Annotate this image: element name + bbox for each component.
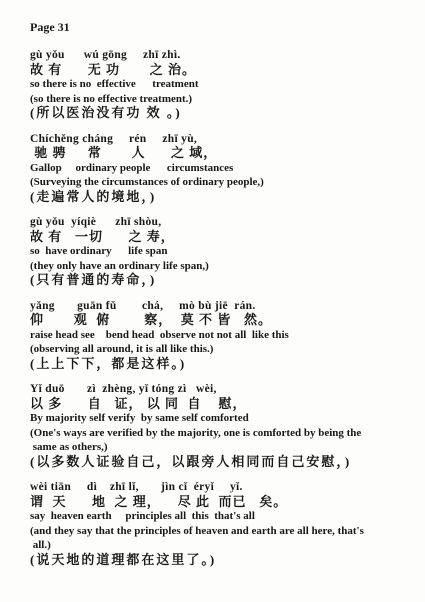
gloss-line: say heaven earth principles all this tha… bbox=[30, 509, 417, 524]
translation-en-cont-line: same as others,) bbox=[30, 440, 417, 455]
translation-en-line: (Surveying the circumstances of ordinary… bbox=[30, 175, 417, 190]
pinyin-line: gù yǒu wú gōng zhī zhì. bbox=[30, 48, 417, 63]
hanzi-line: 故 有 一切 之 寿， bbox=[30, 230, 417, 245]
translation-zh-line: (说天地的道理都在这里了。) bbox=[30, 553, 417, 568]
pinyin-line: gù yǒu yíqiè zhī shòu, bbox=[30, 215, 417, 230]
gloss-line: so there is no effective treatment bbox=[30, 77, 417, 92]
hanzi-line: 谓 天 地 之 理， 尽 此 而已 矣。 bbox=[30, 495, 417, 510]
pinyin-line: wèi tiān dì zhī lǐ, jìn cǐ éryǐ yǐ. bbox=[30, 480, 417, 495]
translation-zh-line: (以多数人证验自己，以跟旁人相同而自己安慰，) bbox=[30, 455, 417, 470]
translation-en-line: (they only have an ordinary life span,) bbox=[30, 259, 417, 274]
hanzi-line: 故 有 无 功 之 治。 bbox=[30, 63, 417, 78]
hanzi-line: 仰 观 俯 察， 莫 不 皆 然。 bbox=[30, 313, 417, 328]
translation-zh-line: (走遍常人的境地，) bbox=[30, 190, 417, 205]
translation-en-line: (observing all around, it is all like th… bbox=[30, 342, 417, 357]
translation-en-line: (so there is no effective treatment.) bbox=[30, 92, 417, 107]
pinyin-line: Yǐ duō zì zhèng, yǐ tóng zì wèi, bbox=[30, 382, 417, 397]
verse-block-4: yǎng guān fǔ chá, mò bù jiē rán. 仰 观 俯 察… bbox=[30, 299, 417, 372]
gloss-line: Gallop ordinary people circumstances bbox=[30, 161, 417, 176]
translation-en-cont-line: all.) bbox=[30, 538, 417, 553]
verse-block-2: Chíchěng cháng rén zhī yù, 驰 骋 常 人 之 域， … bbox=[30, 132, 417, 205]
translation-zh-line: (上上下下，都是这样。) bbox=[30, 357, 417, 372]
verse-block-6: wèi tiān dì zhī lǐ, jìn cǐ éryǐ yǐ. 谓 天 … bbox=[30, 480, 417, 567]
gloss-line: By majority self verify by same self com… bbox=[30, 411, 417, 426]
gloss-line: raise head see bend head observe not not… bbox=[30, 328, 417, 343]
document-page: Page 31 gù yǒu wú gōng zhī zhì. 故 有 无 功 … bbox=[0, 0, 425, 602]
page-number: Page 31 bbox=[30, 20, 417, 34]
hanzi-line: 驰 骋 常 人 之 域， bbox=[30, 146, 417, 161]
translation-zh-line: (所以医治没有功 效 。) bbox=[30, 106, 417, 121]
translation-zh-line: (只有普通的寿命，) bbox=[30, 273, 417, 288]
pinyin-line: Chíchěng cháng rén zhī yù, bbox=[30, 132, 417, 147]
translation-en-line: (and they say that the principles of hea… bbox=[30, 524, 417, 539]
pinyin-line: yǎng guān fǔ chá, mò bù jiē rán. bbox=[30, 299, 417, 314]
gloss-line: so have ordinary life span bbox=[30, 244, 417, 259]
hanzi-line: 以 多 自 证， 以 同 自 慰， bbox=[30, 397, 417, 412]
verse-block-5: Yǐ duō zì zhèng, yǐ tóng zì wèi, 以 多 自 证… bbox=[30, 382, 417, 469]
verse-block-3: gù yǒu yíqiè zhī shòu, 故 有 一切 之 寿， so ha… bbox=[30, 215, 417, 288]
translation-en-line: (One's ways are verified by the majority… bbox=[30, 426, 417, 441]
verse-block-1: gù yǒu wú gōng zhī zhì. 故 有 无 功 之 治。 so … bbox=[30, 48, 417, 121]
